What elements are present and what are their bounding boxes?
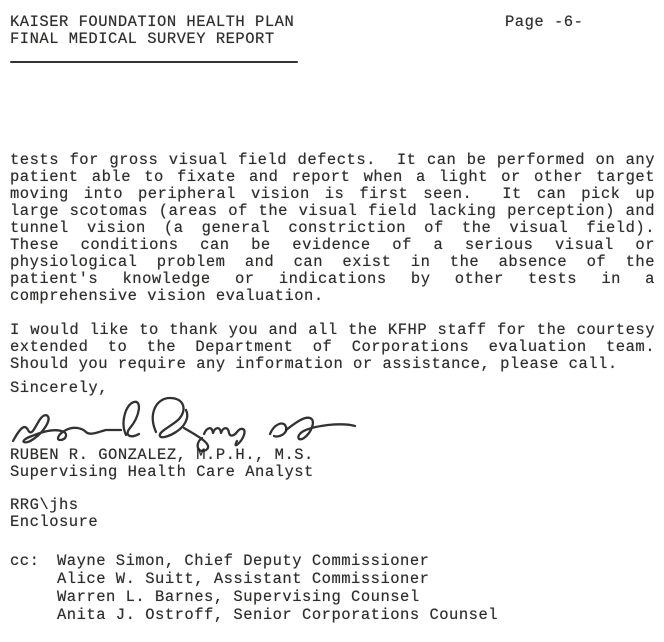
header-line2: FINAL MEDICAL SURVEY REPORT xyxy=(10,31,655,48)
signature-block xyxy=(10,397,655,447)
document-page: KAISER FOUNDATION HEALTH PLAN FINAL MEDI… xyxy=(0,0,664,642)
paragraph-line: tests for gross visual field defects. It… xyxy=(10,152,655,169)
cc-label: cc: xyxy=(10,552,57,624)
reference-initials: RRG\jhs xyxy=(10,497,655,514)
paragraph-line: Should you require any information or as… xyxy=(10,356,655,373)
document-header: KAISER FOUNDATION HEALTH PLAN FINAL MEDI… xyxy=(10,14,655,48)
cc-recipient: Alice W. Suitt, Assistant Commissioner xyxy=(57,570,498,588)
signer-title: Supervising Health Care Analyst xyxy=(10,464,655,481)
cc-recipient: Anita J. Ostroff, Senior Corporations Co… xyxy=(57,606,498,624)
paragraph-line: patient able to fixate and report when a… xyxy=(10,169,655,186)
paragraph-line: These conditions can be evidence of a se… xyxy=(10,237,655,254)
paragraph-line: I would like to thank you and all the KF… xyxy=(10,322,655,339)
cc-block: cc: Wayne Simon, Chief Deputy Commission… xyxy=(10,552,655,624)
body-paragraph-1: tests for gross visual field defects. It… xyxy=(10,152,655,305)
enclosure-note: Enclosure xyxy=(10,514,655,531)
cc-recipient: Wayne Simon, Chief Deputy Commissioner xyxy=(57,552,498,570)
paragraph-line: extended to the Department of Corporatio… xyxy=(10,339,655,356)
body-paragraph-2: I would like to thank you and all the KF… xyxy=(10,322,655,373)
paragraph-line: comprehensive vision evaluation. xyxy=(10,288,655,305)
paragraph-line: large scotomas (areas of the visual fiel… xyxy=(10,203,655,220)
cc-recipient: Warren L. Barnes, Supervising Counsel xyxy=(57,588,498,606)
header-underline xyxy=(10,61,298,63)
reference-block: RRG\jhs Enclosure xyxy=(10,497,655,531)
page-number: Page -6- xyxy=(505,14,583,31)
paragraph-line: patient's knowledge or indications by ot… xyxy=(10,271,655,288)
paragraph-line: tunnel vision (a general constriction of… xyxy=(10,220,655,237)
cc-recipient-list: Wayne Simon, Chief Deputy CommissionerAl… xyxy=(57,552,498,624)
handwritten-signature-icon xyxy=(8,394,360,460)
paragraph-line: physiological problem and can exist in t… xyxy=(10,254,655,271)
paragraph-line: moving into peripheral vision is first s… xyxy=(10,186,655,203)
